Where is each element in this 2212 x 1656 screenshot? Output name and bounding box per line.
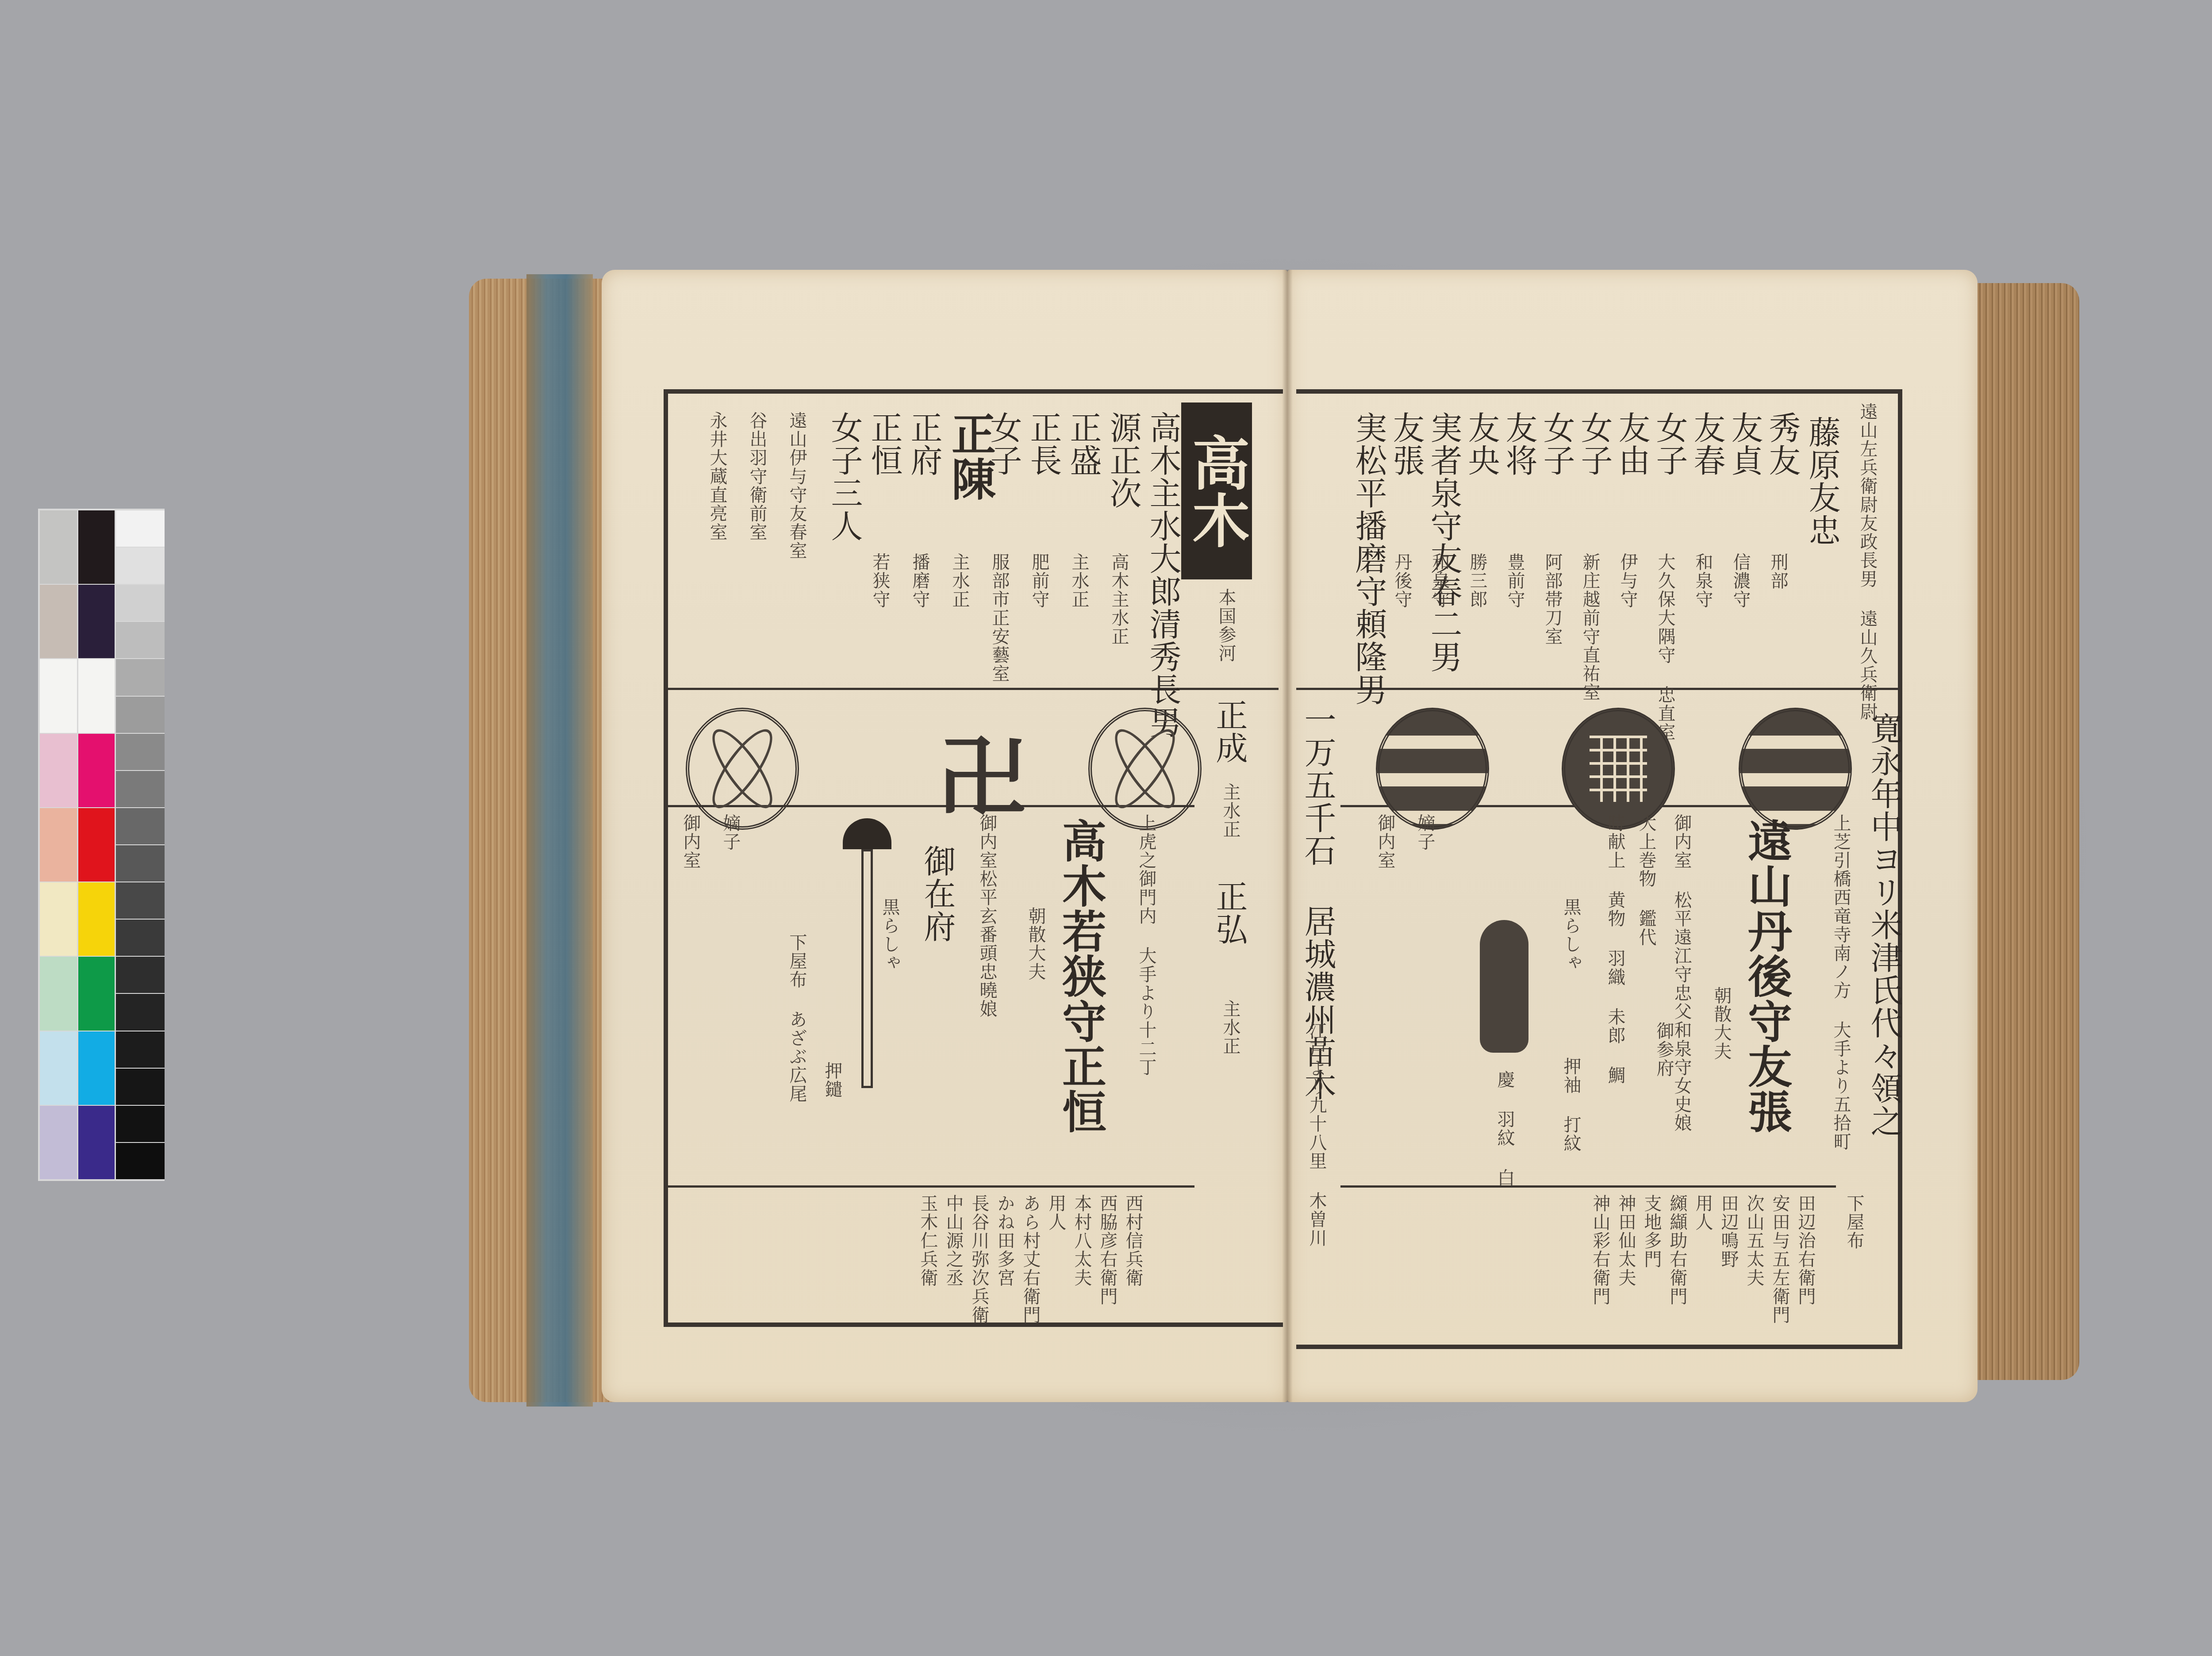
tab-heir: 御内室 (1376, 814, 1394, 870)
genealogy-name: 女子 (1652, 411, 1686, 477)
genealogy-title: 新庄越前守直祐室 (1581, 553, 1599, 701)
genealogy-name: 友将 (1502, 411, 1536, 477)
genealogy-title: 刑部 (1769, 553, 1787, 590)
spear-cover-label: 黒らしゃ (1562, 898, 1580, 972)
genealogy-title: 高木主水正 (1110, 553, 1128, 646)
color-swatch (78, 1031, 115, 1105)
genealogy-name: 谷出羽守衛前室 (748, 411, 766, 541)
procession-note: 慶 羽紋 白 (1495, 1070, 1514, 1187)
wife-note: 御内室 松平遠江守忠父和泉守女史娘 (1672, 814, 1691, 1132)
genealogy-name: 友央 (1464, 411, 1498, 477)
retainer-name: 西脇彦右衛門 (1098, 1194, 1117, 1306)
retainer-name: かね田多宮 (995, 1194, 1014, 1287)
color-swatch (78, 510, 115, 584)
duty-3: 御参府 (1655, 1022, 1673, 1077)
genealogy-name: 遠山伊与守友春室 (787, 411, 806, 560)
residence: 上虎之御門内 大手より十二丁 (1137, 814, 1156, 1077)
duty-2: 時献上 黄物 羽織 未郎 鯛 (1606, 814, 1624, 1085)
spear-emblem-icon (854, 818, 880, 1088)
daimyo-name: 高木若狭守正恒 (1057, 818, 1104, 1134)
genealogy-name: 女子 (1540, 411, 1573, 477)
residence: 上芝引橋西竜寺南ノ方 大手より五拾町 (1832, 814, 1850, 1151)
crossed-feather-crest-icon (1088, 708, 1202, 830)
color-swatch (116, 585, 165, 621)
color-swatch (40, 585, 77, 658)
retainer-name: 田辺治右衛門 (1796, 1194, 1815, 1306)
color-swatch (116, 808, 165, 844)
genealogy-name: 友貞 (1728, 411, 1761, 477)
spear-mark: 押袖 打紋 (1562, 1057, 1580, 1153)
genealogy-title: 和泉守 (1430, 553, 1449, 609)
color-swatch (78, 957, 115, 1030)
genealogy-name: 正長 (1026, 411, 1060, 477)
genealogy-title: 若狭守 (871, 553, 889, 609)
lineage-title: 主水正 (1221, 1000, 1240, 1055)
retainer-name: 支地多門 (1642, 1194, 1661, 1269)
checker-saturated-column (78, 510, 115, 1179)
genealogy-name: 正盛 (1066, 411, 1100, 477)
checker-gray-column (116, 510, 165, 1179)
color-swatch (116, 1069, 165, 1105)
genealogy-name: 正恒 (867, 411, 901, 477)
checker-pastel-column (40, 510, 77, 1179)
color-swatch (116, 622, 165, 658)
color-swatch (116, 510, 165, 547)
genealogy-title: 服部市正安藝室 (990, 553, 1009, 683)
right-page: 遠山左兵衛尉友政長男 遠山久兵衛尉 藤原友忠 秀友刑部友貞信濃守友春和泉守女子大… (1287, 270, 1978, 1402)
court-rank: 朝散大夫 (1026, 907, 1045, 981)
retainer-name: 西村信兵衛 (1124, 1194, 1142, 1287)
genealogy-name: 女子 (1577, 411, 1611, 477)
daimyo-name: 遠山丹後守友張 (1743, 818, 1790, 1134)
retainer-name: 安田与五左衛門 (1770, 1194, 1789, 1324)
retainer-name: 田辺鳴野 (1719, 1194, 1738, 1269)
genealogy-name: 永井大蔵直亮室 (708, 411, 726, 541)
two-bar-crest-icon (1376, 708, 1489, 830)
color-swatch (78, 882, 115, 956)
color-swatch (78, 585, 115, 658)
genealogy-name: 友由 (1615, 411, 1648, 477)
clan-title-block: 高木 (1181, 402, 1252, 579)
retainer-name: 次山五太夫 (1745, 1194, 1763, 1287)
clan-heading: 藤原友忠 (1805, 416, 1839, 547)
retainer-name: 本村八太夫 (1072, 1194, 1091, 1287)
color-swatch (116, 957, 165, 993)
genealogy-name: 友春 (1690, 411, 1724, 477)
color-swatch (116, 548, 165, 584)
color-swatch (40, 659, 77, 732)
color-swatch (116, 659, 165, 695)
lineage-title: 主水正 (1221, 783, 1240, 839)
divider (1340, 1185, 1836, 1188)
genealogy-name: 源正次 (1106, 411, 1140, 510)
retainer-name: 中山源之丞 (944, 1194, 963, 1287)
genealogy-name: 実者泉守友春二男 (1427, 411, 1460, 673)
residence-status: 御在府 (920, 845, 954, 943)
stipend-note: 江戸より九十八里 木曽川 (1307, 1022, 1326, 1247)
genealogy-title: 播磨守 (910, 553, 929, 609)
retainer-name: 神田仙太夫 (1617, 1194, 1635, 1287)
blue-cover-spine (526, 274, 593, 1407)
color-swatch (78, 734, 115, 807)
genealogy-name: 秀友 (1765, 411, 1799, 477)
genealogy-title: 阿部帯刀室 (1543, 553, 1562, 646)
tab-heir: 御内室 (681, 814, 700, 870)
color-swatch (40, 1106, 77, 1179)
color-swatch (78, 808, 115, 882)
clan-heading-note: 遠山左兵衛尉友政長男 遠山久兵衛尉 (1858, 402, 1877, 721)
court-rank: 朝散大夫 (1712, 986, 1731, 1061)
tab-wife: 嫡子 (721, 814, 740, 851)
genealogy-title: 肥前守 (1030, 553, 1048, 609)
retainer-name: 用人 (1047, 1194, 1065, 1231)
spear-emblem-icon (1491, 920, 1517, 1053)
book-gutter (1282, 270, 1293, 1402)
genealogy-title: 伊与守 (1618, 553, 1637, 609)
color-swatch (78, 1106, 115, 1179)
color-swatch (116, 1143, 165, 1179)
genealogy-title: 丹後守 (1393, 553, 1411, 609)
wife-note: 御内室松平玄番頭忠曉娘 (978, 814, 996, 1018)
color-swatch (116, 845, 165, 882)
retainer-name: 纐纈助右衛門 (1668, 1194, 1686, 1306)
divider (664, 688, 1279, 690)
color-swatch (116, 882, 165, 919)
open-book: 高木 本国参河 高木主水大郎清秀長男源正次高木主水正正盛主水正正長肥前守女子服部… (469, 270, 2079, 1415)
clan-origin: 本国参河 (1217, 588, 1235, 663)
genealogy-title: 信濃守 (1731, 553, 1750, 609)
tab-wife: 嫡子 (1416, 814, 1434, 851)
spear-mark: 押鑓 (823, 1062, 841, 1099)
grid-crest-icon (1562, 708, 1675, 830)
color-swatch (116, 771, 165, 807)
color-swatch (116, 1031, 165, 1068)
color-swatch (40, 1031, 77, 1105)
retainer-name: 神山彩右衛門 (1591, 1194, 1609, 1306)
genealogy-name: 高木主水大郎清秀長男 (1146, 411, 1179, 739)
retainer-name: 玉木仁兵衛 (918, 1194, 937, 1287)
color-swatch (116, 1106, 165, 1142)
divider (664, 1185, 1194, 1188)
retainer-name: あら村丈右衛門 (1021, 1194, 1040, 1324)
color-swatch (40, 734, 77, 807)
page-edges-right (1964, 283, 2079, 1380)
color-swatch (40, 808, 77, 882)
color-swatch (40, 510, 77, 584)
genealogy-title: 勝三郎 (1468, 553, 1486, 609)
lineage-name: 正弘 (1212, 880, 1246, 946)
genealogy-name: 友張 (1389, 411, 1423, 477)
retainer-name: 長谷川弥次兵衛 (970, 1194, 988, 1324)
genealogy-title: 大久保大隅守 忠直室 (1656, 553, 1674, 741)
lineage-name: 正成 (1212, 699, 1246, 764)
duty-1: 大上巻物 鑑代 (1637, 814, 1655, 947)
color-calibration-chart (38, 509, 165, 1181)
retainer-name: 用人 (1694, 1194, 1712, 1231)
color-swatch (116, 697, 165, 733)
color-swatch (116, 734, 165, 770)
shimo-yashiki: 下屋布 あざぶ広尾 (787, 933, 806, 1103)
genealogy-name: 正府 (907, 411, 941, 477)
color-swatch (116, 920, 165, 956)
color-swatch (116, 994, 165, 1030)
fief-history-note: 寛永年中ヨリ米津氏代々領之 (1867, 712, 1901, 1138)
genealogy-title: 和泉守 (1694, 553, 1712, 609)
shimo-yashiki: 下屋布 (1845, 1194, 1863, 1250)
genealogy-name: 実松平播磨守頼隆男 (1352, 411, 1385, 706)
color-swatch (40, 882, 77, 956)
color-swatch (78, 659, 115, 732)
genealogy-title: 豊前守 (1505, 553, 1524, 609)
genealogy-title: 主水正 (1070, 553, 1088, 609)
genealogy-name: 女子三人 (827, 411, 861, 542)
crossed-feather-crest-icon (686, 708, 799, 830)
two-bar-crest-icon (1739, 708, 1852, 830)
spear-cover-label: 黒らしゃ (880, 898, 899, 972)
color-swatch (40, 957, 77, 1030)
left-page: 高木 本国参河 高木主水大郎清秀長男源正次高木主水正正盛主水正正長肥前守女子服部… (602, 270, 1287, 1402)
genealogy-title: 主水正 (950, 553, 969, 609)
genealogy-name: 正陳 (947, 411, 993, 502)
